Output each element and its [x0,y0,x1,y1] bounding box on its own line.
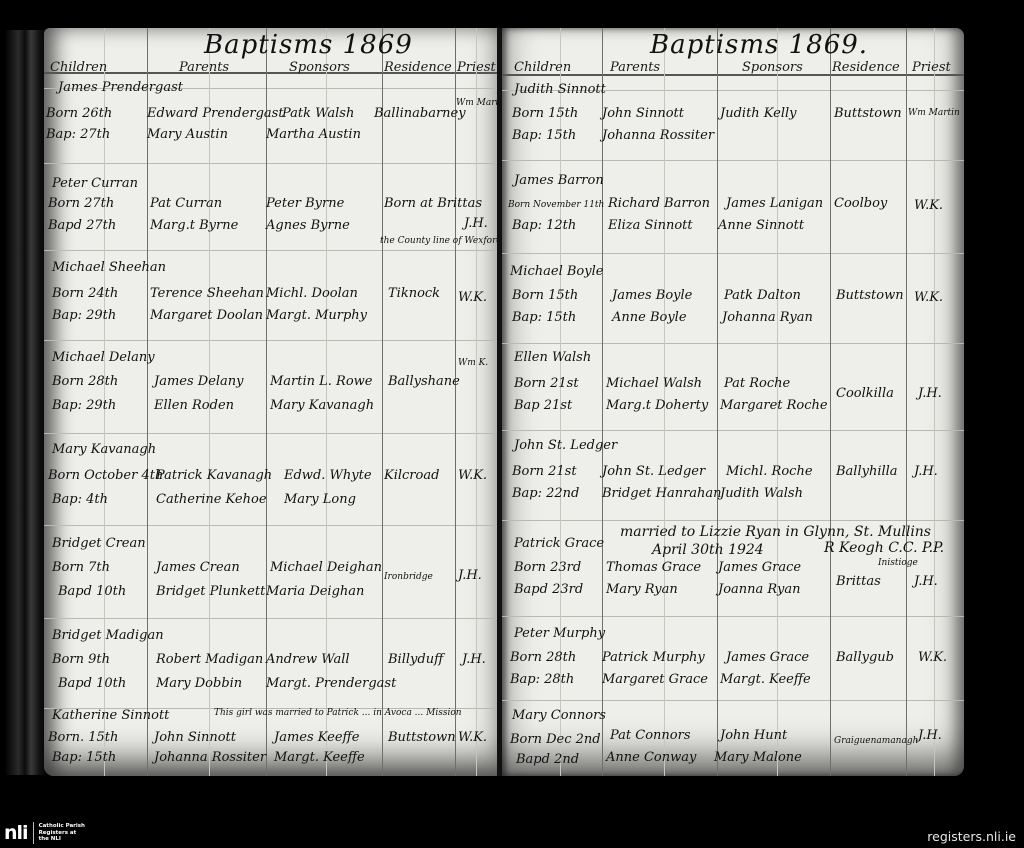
born-date: Born 15th [512,288,578,304]
priest: Wm Martin [456,98,500,108]
sponsor-2: Anne Sinnott [718,218,804,234]
parent-father: Richard Barron [608,196,710,212]
born-date: Born 27th [48,196,114,212]
residence: Ballygub [836,650,894,666]
child-name: Bridget Crean [52,536,146,552]
child-name: James Barron [514,173,604,189]
baptism-date: Bap: 15th [512,310,576,326]
sponsor-1: Michael Deighan [270,560,382,576]
born-date: Born 21st [514,376,579,392]
register-page-right: Baptisms 1869. Children Parents Sponsors… [502,28,964,776]
baptism-date: Bap: 15th [52,750,116,766]
baptism-date: Bap: 12th [512,218,576,234]
parent-father: John St. Ledger [602,464,705,480]
parent-father: Pat Connors [610,728,691,744]
parent-mother: Mary Ryan [606,582,678,598]
rule [502,616,964,617]
residence: Buttstown [388,730,456,746]
sponsor-2: Mary Long [284,492,356,508]
born-date: Born 28th [510,650,576,666]
sponsor-1: Andrew Wall [266,652,350,668]
baptism-date: Bapd 2nd [516,752,579,768]
parent-father: Thomas Grace [606,560,701,576]
sponsor-1: Martin L. Rowe [270,374,373,390]
rule [502,160,964,161]
child-name: Mary Connors [512,708,606,724]
baptism-date: Bap 21st [514,398,572,414]
logo-line: Registers at [39,830,77,836]
sponsor-1: Patk Walsh [282,106,354,122]
rule [44,618,500,619]
sponsor-2: Agnes Byrne [266,218,350,234]
parent-mother: Margaret Doolan [150,308,263,324]
born-date: Born 24th [52,286,118,302]
parent-mother: Anne Boyle [612,310,687,326]
sponsor-2: Johanna Ryan [722,310,813,326]
born-date: Born Dec 2nd [510,732,601,748]
column-rule [717,28,718,776]
baptism-date: Bap: 29th [52,308,116,324]
sponsor-2: Margt. Keeffe [274,750,365,766]
book-binding [6,30,48,775]
column-header-parents: Parents [179,60,229,75]
page-title: Baptisms 1869 [204,30,413,60]
born-date: Born November 11th [508,200,604,210]
parent-father: John Sinnott [154,730,236,746]
child-name: James Prendergast [58,80,183,96]
sponsor-1: James Grace [726,650,809,666]
column-rule [906,28,907,776]
parent-father: Patrick Murphy [602,650,705,666]
column-header-children: Children [50,60,107,75]
residence: Coolkilla [836,386,894,402]
parent-father: Edward Prendergast [147,106,284,122]
residence: Born at Brittas [384,196,482,212]
born-date: Born 7th [52,560,110,576]
residence: Buttstown [834,106,902,122]
child-name: Michael Sheehan [52,260,166,276]
residence: Ballinabarney [374,106,466,122]
parent-mother: Johanna Rossiter [602,128,714,144]
image-viewer[interactable]: Baptisms 1869 Children Parents Sponsors … [0,0,1024,848]
sponsor-1: Pat Roche [724,376,790,392]
sponsor-1: James Grace [718,560,801,576]
sponsor-1: Edwd. Whyte [284,468,372,484]
baptism-date: Bap: 28th [510,672,574,688]
logo-line: the NLI [39,836,61,842]
born-date: Born 15th [512,106,578,122]
born-date: Born October 4th [48,468,163,484]
priest: J.H. [914,574,938,590]
priest: W.K. [458,468,487,484]
column-header-priest: Priest [912,60,951,75]
parent-father: Robert Madigan [156,652,263,668]
sponsor-2: Mary Kavanagh [270,398,374,414]
marginal-date: April 30th 1924 [652,542,764,558]
priest: J.H. [918,386,942,402]
parent-mother: Marg.t Doherty [606,398,708,414]
parent-father: James Crean [156,560,240,576]
residence: Ballyshane [388,374,460,390]
priest: W.K. [458,290,487,306]
sponsor-2: Mary Malone [714,750,802,766]
priest: J.H. [914,464,938,480]
logo-line: Catholic Parish [39,823,85,829]
logo-divider [33,822,34,844]
priest: W.K. [918,650,947,666]
sponsor-1: James Lanigan [726,196,823,212]
parent-father: James Boyle [612,288,692,304]
parent-father: Terence Sheehan [150,286,264,302]
parent-mother: Marg.t Byrne [150,218,238,234]
column-header-sponsors: Sponsors [289,60,350,75]
baptism-date: Bap: 15th [512,128,576,144]
child-name: Bridget Madigan [52,628,164,644]
column-rule [382,28,383,776]
column-header-residence: Residence [384,60,452,75]
born-date: Born 28th [52,374,118,390]
column-header-parents: Parents [610,60,660,75]
child-name: Peter Murphy [514,626,605,642]
child-name: John St. Ledger [514,438,617,454]
rule [44,525,500,526]
sponsor-1: John Hunt [720,728,787,744]
baptism-date: Bap: 27th [46,127,110,143]
marginal-note: married to Lizzie Ryan in Glynn, St. Mul… [620,524,931,540]
rule [44,433,500,434]
child-name: Michael Boyle [510,264,603,280]
sponsor-2: Judith Walsh [720,486,803,502]
page-title: Baptisms 1869. [650,30,868,60]
marginal-place: Inistioge [878,558,918,568]
sponsor-1: Peter Byrne [266,196,344,212]
parent-mother: Ellen Roden [154,398,234,414]
rule [44,340,500,341]
parent-father: Patrick Kavanagh [156,468,272,484]
sponsor-2: Maria Deighan [266,584,364,600]
parent-mother: Catherine Kehoe [156,492,267,508]
baptism-date: Bapd 23rd [514,582,583,598]
register-page-left: Baptisms 1869 Children Parents Sponsors … [44,28,500,776]
nli-logo-mark: nli [4,822,28,844]
rule [44,163,500,164]
sponsor-1: Judith Kelly [720,106,797,122]
sponsor-1: James Keeffe [274,730,359,746]
sponsor-2: Margaret Roche [720,398,828,414]
rule [502,700,964,701]
sponsor-2: Margt. Murphy [266,308,367,324]
residence: Billyduff [388,652,443,668]
parent-mother: Margaret Grace [602,672,708,688]
residence: Tiknock [388,286,440,302]
child-name: Katherine Sinnott [52,708,169,724]
born-date: Born 21st [512,464,577,480]
rule [502,430,964,431]
column-rule [830,28,831,776]
sponsor-1: Michl. Doolan [266,286,358,302]
residence: Brittas [836,574,881,590]
baptism-date: Bapd 27th [48,218,116,234]
column-header-residence: Residence [832,60,900,75]
residence: Ballyhilla [836,464,898,480]
parent-father: Michael Walsh [606,376,702,392]
priest: W.K. [458,730,487,746]
parent-father: John Sinnott [602,106,684,122]
priest: J.H. [462,652,486,668]
parent-mother: Eliza Sinnott [608,218,693,234]
child-name: Peter Curran [52,176,138,192]
residence: Buttstown [836,288,904,304]
residence: Ironbridge [384,572,433,582]
residence-note: the County line of Wexford [380,236,500,246]
baptism-date: Bap: 4th [52,492,108,508]
priest: J.H. [458,568,482,584]
parent-mother: Mary Austin [147,127,228,143]
column-header-sponsors: Sponsors [742,60,803,75]
sponsor-2: Margt. Prendergast [266,676,396,692]
born-date: Born 23rd [514,560,581,576]
residence: Graiguenamanagh [834,736,918,746]
residence: Coolboy [834,196,887,212]
rule [502,253,964,254]
rule [44,250,500,251]
born-date: Born 26th [46,106,112,122]
sponsor-2: Martha Austin [266,127,361,143]
parent-mother: Mary Dobbin [156,676,242,692]
priest: J.H. [464,216,488,232]
marginal-note: This girl was married to Patrick ... in … [214,708,462,718]
priest: W.K. [914,198,943,214]
sponsor-1: Michl. Roche [726,464,813,480]
rule [502,343,964,344]
sponsor-1: Patk Dalton [724,288,801,304]
site-url-label[interactable]: registers.nli.ie [927,829,1016,844]
child-name: Michael Delany [52,350,155,366]
priest: Wm K. [458,358,488,368]
baptism-date: Bapd 10th [58,584,126,600]
priest: Wm Martin [908,108,960,118]
baptism-date: Bap: 22nd [512,486,579,502]
nli-logo-text: Catholic Parish Registers at the NLI [39,823,85,843]
baptism-date: Bapd 10th [58,676,126,692]
column-rule [455,28,456,776]
parent-father: James Delany [154,374,244,390]
priest: J.H. [918,728,942,744]
parent-mother: Johanna Rossiter [154,750,266,766]
child-name: Patrick Grace [514,536,604,552]
baptism-date: Bap: 29th [52,398,116,414]
residence: Kilcroad [384,468,439,484]
sponsor-2: Margt. Keeffe [720,672,811,688]
child-name: Mary Kavanagh [52,442,156,458]
column-header-priest: Priest [457,60,496,75]
marginal-signature: R Keogh C.C. P.P. [824,540,944,556]
child-name: Ellen Walsh [514,350,591,366]
rule [502,520,964,521]
nli-logo[interactable]: nli Catholic Parish Registers at the NLI [4,822,85,844]
parent-mother: Bridget Plunkett [156,584,265,600]
parent-father: Pat Curran [150,196,222,212]
parent-mother: Anne Conway [606,750,696,766]
column-header-children: Children [514,60,571,75]
parent-mother: Bridget Hanrahan [602,486,722,502]
sponsor-2: Joanna Ryan [718,582,800,598]
child-name: Judith Sinnott [514,82,606,98]
born-date: Born 9th [52,652,110,668]
priest: W.K. [914,290,943,306]
born-date: Born. 15th [48,730,118,746]
